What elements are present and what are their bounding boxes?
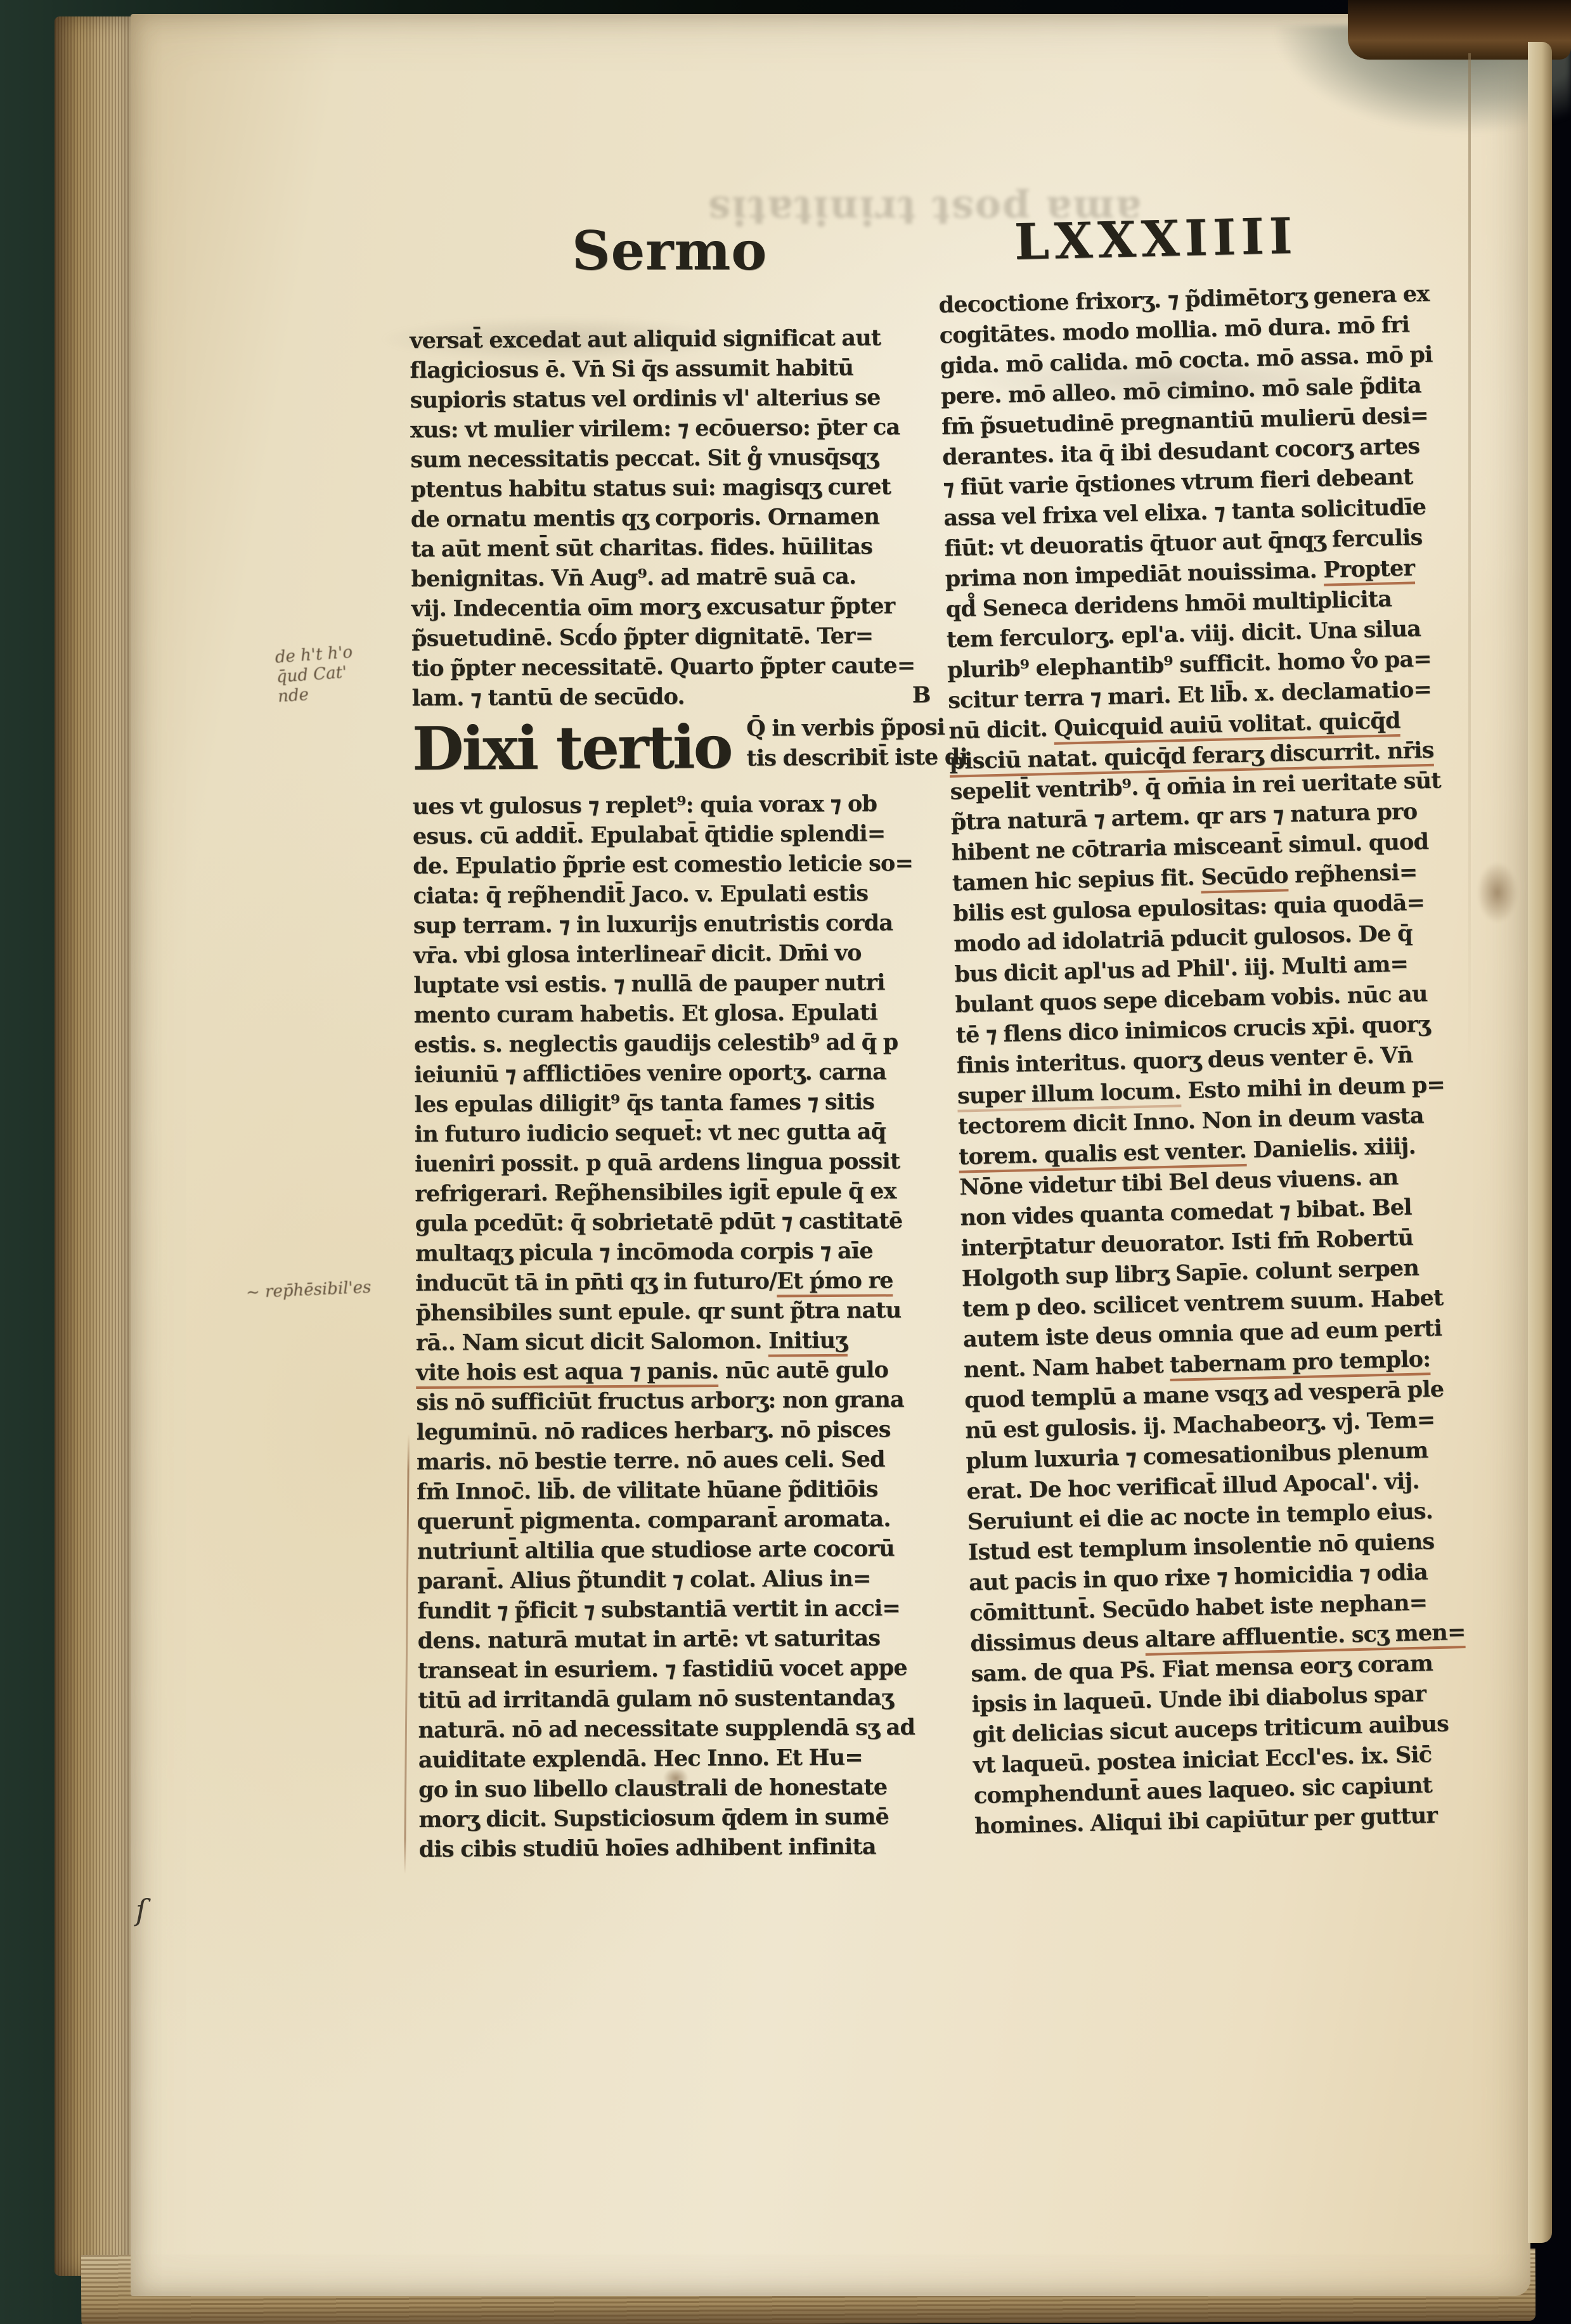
text-line: benignitas. Vn̄ Aug⁹. ad matrē suā ca. (411, 561, 929, 594)
text-line: ues vt gulosus ⁊ replet⁹: quia vorax ⁊ o… (412, 789, 931, 822)
text-line: p̃suetudinē. Scd́o p̃pter dignitatē. Ter… (411, 621, 930, 654)
text-line: ciata: q̄ rep̃hendit̄ Jaco. v. Epulati e… (413, 878, 931, 911)
text-line: querunt̄ pigmenta. comparant̄ aromata. (417, 1504, 935, 1537)
book-page-block-edge-left (55, 16, 133, 2276)
text-line: iueniri possit. p quā ardens lingua poss… (415, 1146, 933, 1179)
text-line: vr̄a. vbi glosa interlinear̄ dicit. Dm̄i… (413, 938, 932, 971)
text-line: naturā. nō ad necessitate supplendā sʒ a… (418, 1712, 936, 1745)
text-line: ta aūt ment̄ sūt charitas. fides. hūilit… (411, 531, 929, 564)
text-line: ptentus habitu status sui: magisqʒ curet (410, 472, 929, 505)
text-line: mento curam habetis. Et glosa. Epulati (413, 997, 932, 1030)
text-line: p̄hensibiles sunt epule. qr sunt p̃tra n… (415, 1295, 934, 1328)
section-heading-row: Dixi tertio Q̄ in verbis p̃positis descr… (412, 713, 931, 791)
text-line: les epulas diligit⁹ q̄s tanta fames ⁊ si… (414, 1087, 933, 1120)
text-line: lam. ⁊ tantū de secūdo. (411, 681, 685, 713)
rubricated-underline: Propter (1323, 555, 1415, 586)
stain (1477, 862, 1518, 923)
rubricated-underline: Initiuʒ (768, 1327, 848, 1357)
incipit-side-lines: Q̄ in verbis p̃positis describit̄ iste d… (746, 713, 967, 773)
text-line: supioris status vel ordinis vl' alterius… (410, 382, 929, 415)
text-line: titū ad irritandā gulam nō sustentandaʒ (418, 1682, 936, 1715)
text-line: fundit ⁊ p̃ficit ⁊ substantiā vertit in … (417, 1593, 936, 1626)
photograph-of-incunabulum-page: { "book_page": { "header": { "left_title… (0, 0, 1571, 2324)
text-line: leguminū. nō radices herbarʒ. nō pisces (417, 1414, 935, 1447)
text-line: auiditate explendā. Hec Inno. Et Hu= (418, 1742, 937, 1775)
text-line: ieiuniū ⁊ afflictiōes venire oportʒ. car… (414, 1057, 933, 1090)
text-line: estis. s. neglectis gaudijs celestib⁹ ad… (414, 1027, 933, 1060)
rubricated-underline: Et ṕmo re (777, 1267, 893, 1297)
text-line: luptate vsi estis. ⁊ nullā de pauper nut… (413, 967, 932, 1000)
text-line: rā.. Nam sicut dicit Salomon. Initiuʒ (416, 1325, 934, 1358)
text-line: dis cibis studiū hoīes adhibent infinita (419, 1831, 938, 1864)
text-line: lam. ⁊ tantū de secūdo.B (411, 680, 930, 713)
quire-signature-mark: B (912, 680, 931, 710)
text-line: inducūt tā in pn̄ti qʒ in futuro/Et ṕmo … (415, 1265, 934, 1298)
text-line: de ornatu mentis qʒ corporis. Ornamen (411, 501, 929, 534)
folio-number: LXXXIIII (1014, 207, 1298, 271)
text-line: fm̄ Innoc̄. lib̄. de vilitate hūane p̃di… (417, 1474, 935, 1507)
text-line: flagiciosus ē. Vn̄ Si q̄s assumit habitū (410, 352, 928, 385)
pen-mark: ſ (136, 1893, 146, 1927)
text-column-right: decoctione frixorʒ. ⁊ p̃dimētorʒ genera … (938, 278, 1504, 1842)
underlying-leaf-edge (1528, 42, 1552, 2243)
text-column-left: versat̄ excedat aut aliquid significat a… (410, 323, 938, 1864)
text-line: Q̄ in verbis p̃posi (746, 713, 967, 744)
text-line: esus. cū addit̄. Epulabat̄ q̄tidie splen… (413, 818, 931, 851)
text-line: xus: vt mulier virilem: ⁊ ecōuerso: p̄te… (410, 412, 929, 445)
text-line: nutriunt̄ altilia que studiose arte coco… (417, 1533, 936, 1566)
text-line: go in suo libello claustrali de honestat… (418, 1772, 937, 1805)
text-line: sum necessitatis peccat. Sit g̊ vnusq̄sq… (410, 442, 929, 475)
text-line: transeat in esuriem. ⁊ fastidiū vocet ap… (418, 1653, 936, 1686)
text-line: multaqʒ picula ⁊ incōmoda corpis ⁊ aīe (415, 1236, 934, 1269)
running-title: Sermo (572, 219, 767, 282)
text-line: morʒ dicit. Supsticiosum q̄dem in sumē (418, 1802, 937, 1835)
text-line: vite hois est aqua ⁊ panis. nūc autē gul… (416, 1355, 934, 1388)
text-line: tis describit̄ iste di (746, 742, 967, 773)
text-line: sup terram. ⁊ in luxurijs enutristis cor… (413, 908, 932, 941)
text-line: maris. nō bestie terre. nō aues celi. Se… (417, 1444, 935, 1477)
text-line: in futuro iudicio sequet̄: vt nec gutta … (415, 1116, 933, 1149)
text-line: sis nō sufficiūt fructus arborʒ: non gra… (416, 1385, 934, 1417)
text-line: parant̄. Alius p̃tundit ⁊ colat. Alius i… (417, 1563, 936, 1596)
text-line: gula pcedūt: q̄ sobrietatē pdūt ⁊ castit… (415, 1206, 934, 1239)
rubricated-underline: vite hois est aqua ⁊ panis. (416, 1358, 719, 1389)
column-section: versat̄ excedat aut aliquid significat a… (410, 323, 931, 713)
column-section: ues vt gulosus ⁊ replet⁹: quia vorax ⁊ o… (412, 789, 937, 1864)
text-line: de. Epulatio p̃prie est comestio leticie… (413, 848, 931, 881)
handwritten-marginal-note: de h't h'oq̄ud Cat'nde (275, 643, 356, 707)
text-line: refrigerari. Rep̃hensibiles igit̄ epule … (415, 1176, 933, 1209)
rubricated-underline: Secūdo (1201, 862, 1288, 893)
text-line: versat̄ excedat aut aliquid significat a… (410, 323, 928, 356)
text-line: vij. Indecentia oīm morʒ excusatur p̃pte… (411, 591, 930, 624)
section-incipit: Dixi tertio (412, 714, 732, 783)
text-line: tio p̃pter necessitatē. Quarto p̃pter ca… (411, 650, 930, 683)
text-line: dens. naturā mutat in artē: vt saturitas (418, 1623, 936, 1656)
